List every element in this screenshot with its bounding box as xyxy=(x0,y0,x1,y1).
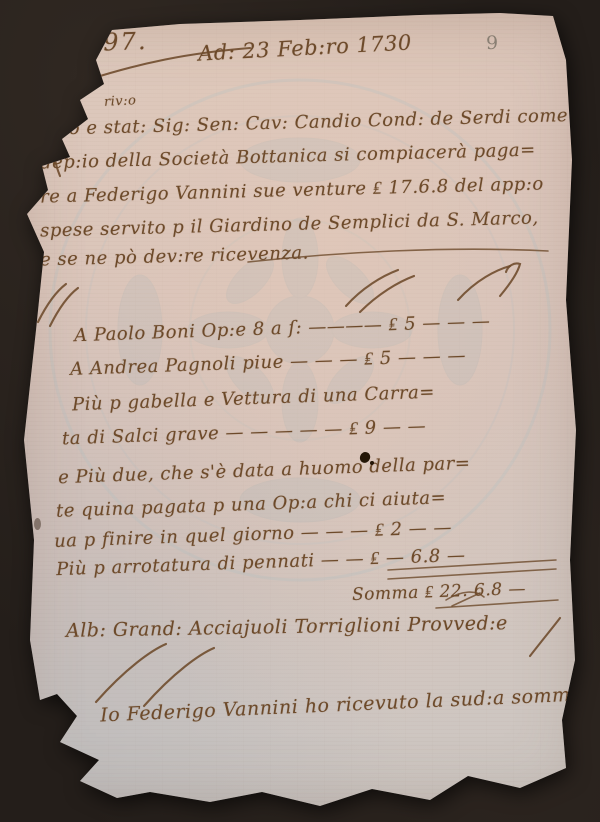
body-line-1: Ill:o e stat: Sig: Sen: Cav: Candio Cond… xyxy=(42,105,569,140)
page-number: 9 xyxy=(486,32,499,54)
body-line-5: e se ne pò dev:re ricevenza. xyxy=(40,242,309,270)
superscript-abbreviation: riv:o xyxy=(104,93,137,110)
body-line-2: dep:io della Società Bottanica si compia… xyxy=(40,140,536,174)
receipt-signature-line: Io Federigo Vannini ho ricevuto la sud:a… xyxy=(100,683,583,726)
sum-line: Somma ₤ 22. 6.8 — xyxy=(352,579,527,605)
paper-sheet: 797. Ad: 23 Feb:ro 1730 9 riv:o Ill:o e … xyxy=(0,0,600,822)
account-item-5: Più p arrotatura di pennati — — ₤ — 6.8 … xyxy=(56,545,466,580)
account-item-3a: Più p gabella e Vettura di una Carra= xyxy=(72,382,435,416)
body-line-4: spese servito p il Giardino de Semplici … xyxy=(40,207,539,241)
date-line: Ad: 23 Feb:ro 1730 xyxy=(198,30,413,65)
manuscript-page: 797. Ad: 23 Feb:ro 1730 9 riv:o Ill:o e … xyxy=(0,0,600,822)
account-item-3b: ta di Salci grave — — — — — ₤ 9 — — xyxy=(62,416,427,450)
body-line-3: re a Federigo Vannini sue venture ₤ 17.6… xyxy=(40,173,544,207)
ink-smudge xyxy=(34,518,41,530)
account-item-4a: e Più due, che s'è data a huomo della pa… xyxy=(58,453,471,488)
account-item-1: A Paolo Boni Op:e 8 a ſ: ———— ₤ 5 — — — xyxy=(74,311,491,347)
approval-line: Alb: Grand: Acciajuoli Torriglioni Provv… xyxy=(66,612,508,642)
account-item-4b: te quina pagata p una Op:a chi ci aiuta= xyxy=(56,487,447,522)
folio-number: 797. xyxy=(86,27,148,57)
account-item-2: A Andrea Pagnoli piue — — — ₤ 5 — — — xyxy=(70,345,467,380)
